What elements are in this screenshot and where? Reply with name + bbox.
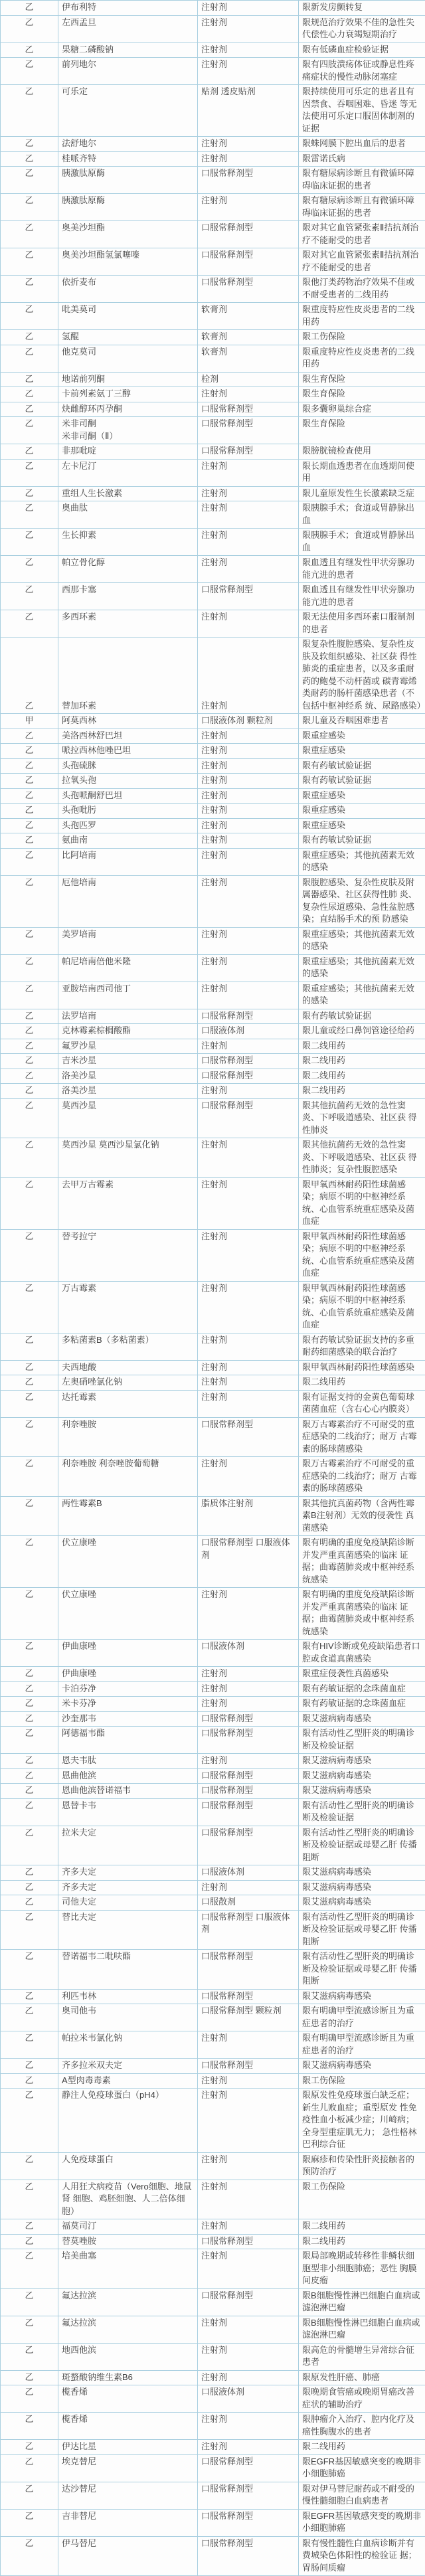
note-cell: 限原发性免疫球蛋白缺乏症；新生儿败血症；重型原发 性免疫性血小板减少症；川崎病；…: [299, 2089, 425, 2153]
dosage-form-cell: 口服常释剂型: [198, 1727, 299, 1754]
note-cell: 限艾滋病病毒感染: [299, 1865, 425, 1881]
note-cell: 限重症感染；其他抗菌素无效的感染: [299, 982, 425, 1009]
drug-name-cell: 西那卡塞: [58, 583, 198, 610]
category-cell: 乙: [1, 1390, 58, 1417]
dosage-form-cell: 注射剂: [198, 151, 299, 167]
note-cell: 限重症感染: [299, 804, 425, 819]
note-cell: 限麻疹和传染性肝炎接触者的预防治疗: [299, 2152, 425, 2180]
note-cell: 限生育保险: [299, 372, 425, 387]
drug-name-cell: 阿莫西林: [58, 714, 198, 729]
note-cell: 限有药敏试验证据: [299, 833, 425, 849]
note-cell: 限儿童或经口鼻饲管途径给药: [299, 1024, 425, 1039]
note-cell: 限血透且有继发性甲状旁腺功能亢进的患者: [299, 556, 425, 583]
drug-name-cell: 榄香烯: [58, 2385, 198, 2413]
category-cell: 乙: [1, 927, 58, 954]
category-cell: 乙: [1, 1177, 58, 1229]
drug-name-cell: 去甲万古霉素: [58, 1177, 198, 1229]
dosage-form-cell: 注射剂: [198, 43, 299, 58]
dosage-form-cell: 口服散剂: [198, 1895, 299, 1911]
table-row: 乙桂哌齐特注射剂限雷诺氏病: [1, 151, 425, 167]
category-cell: 乙: [1, 194, 58, 221]
table-row: 乙地西他滨注射剂限高危的骨髓增生异常综合征患者: [1, 2343, 425, 2370]
dosage-form-cell: 注射剂: [198, 58, 299, 85]
table-row: 乙替考拉宁注射剂限甲氧西林耐药阳性球菌感染；病原不明的中枢神经系统、心血管系统重…: [1, 1229, 425, 1281]
note-cell: 限艾滋病病毒感染: [299, 1711, 425, 1727]
drug-name-cell: 莫西沙星 莫西沙星氯化钠: [58, 1138, 198, 1178]
note-cell: 限有HIV诊断或免疫缺陷患者口腔或食道真菌感染: [299, 1640, 425, 1667]
note-cell: 限工伤保险: [299, 330, 425, 345]
note-cell: 限对其它血管紧张素Ⅱ拮抗剂治疗不能耐受的患者: [299, 248, 425, 276]
note-cell: 限重度特应性皮炎患者的二线用药: [299, 303, 425, 330]
note-cell: 限重症感染；其他抗菌素无效的感染: [299, 927, 425, 954]
table-row: 乙美洛西林舒巴坦注射剂限重症感染: [1, 729, 425, 744]
table-row: 乙福莫司汀注射剂限二线用药: [1, 2219, 425, 2235]
category-cell: 乙: [1, 1457, 58, 1497]
drug-name-cell: 重组人生长激素: [58, 486, 198, 501]
table-row: 乙洛美沙星口服常释剂型限二线用药: [1, 1069, 425, 1084]
table-row: 乙奥司他韦口服常释剂型 颗粒剂限有明确甲型流感诊断且为重症患者的治疗: [1, 2004, 425, 2031]
drug-name-cell: 炔雌醇环丙孕酮: [58, 402, 198, 417]
category-cell: 乙: [1, 1039, 58, 1054]
category-cell: 乙: [1, 417, 58, 444]
note-cell: 限有证据支持的金黄色葡萄球菌菌血症（含右心心内膜炎）: [299, 1390, 425, 1417]
category-cell: 乙: [1, 1697, 58, 1712]
category-cell: 乙: [1, 2509, 58, 2536]
category-cell: 乙: [1, 2180, 58, 2219]
dosage-form-cell: 注射剂: [198, 529, 299, 556]
dosage-form-cell: 注射剂: [198, 982, 299, 1009]
category-cell: 乙: [1, 1681, 58, 1697]
drug-name-cell: 阿德福韦酯: [58, 1727, 198, 1754]
table-row: 乙恩替卡韦口服常释剂型限有活动性乙型肝炎的明确诊断及检验证据: [1, 1798, 425, 1826]
drug-name-cell: 左奥硝唑氯化钠: [58, 1375, 198, 1391]
table-row: 乙人免疫球蛋白注射剂限麻疹和传染性肝炎接触者的预防治疗: [1, 2152, 425, 2180]
category-cell: 乙: [1, 2089, 58, 2153]
dosage-form-cell: 注射剂: [198, 927, 299, 954]
drug-name-cell: 奥曲肽: [58, 501, 198, 529]
note-cell: 限腹腔感染、复杂性皮肤及附属器感染、社区获得性肺 炎、复杂性尿道感染、急性盆腔感…: [299, 875, 425, 927]
dosage-form-cell: 口服常释剂型: [198, 1768, 299, 1784]
category-cell: 乙: [1, 1069, 58, 1084]
note-cell: 限有明确的重度免疫缺陷诊断并发严重真菌感染的临床 证据；曲霉菌肺炎或中枢神经系统…: [299, 1588, 425, 1640]
drug-name-cell: 头孢哌酮舒巴坦: [58, 788, 198, 804]
table-row: 乙人用狂犬病疫苗（Vero细胞、地鼠肾 细胞、鸡胚细胞、人二倍体细胞）注射剂限工…: [1, 2180, 425, 2219]
category-cell: 乙: [1, 1229, 58, 1281]
dosage-form-cell: 口服液体剂: [198, 1024, 299, 1039]
table-row: 乙替加环素注射剂限复杂性腹腔感染、复杂性皮肤及软组织感染、社区获 得性肺炎的重症…: [1, 638, 425, 714]
table-row: 乙氟达拉滨口服常释剂型限B细胞慢性淋巴细胞白血病或滤泡淋巴瘤: [1, 2288, 425, 2316]
drug-name-cell: 替莫唑胺: [58, 2234, 198, 2249]
table-row: 乙生长抑素注射剂限胰腺手术；食道或胃静脉出血: [1, 529, 425, 556]
note-cell: 限二线用药: [299, 1039, 425, 1054]
table-row: 乙奥美沙坦酯氢氯噻嗪口服常释剂型限对其它血管紧张素Ⅱ拮抗剂治疗不能耐受的患者: [1, 248, 425, 276]
note-cell: 限生育保险: [299, 387, 425, 402]
table-row: 乙齐多拉米双夫定口服常释剂型限艾滋病病毒感染: [1, 2059, 425, 2074]
note-cell: 限局部晚期或转移性非鳞状细胞型非小细胞肺癌；恶性 胸膜间皮瘤: [299, 2249, 425, 2289]
dosage-form-cell: 口服液体剂: [198, 1865, 299, 1881]
drug-name-cell: 多西环素: [58, 610, 198, 638]
drug-name-cell: 恩曲他滨替诺福韦: [58, 1784, 198, 1799]
drug-name-cell: 司他夫定: [58, 1895, 198, 1911]
drug-name-cell: 克林霉素棕榈酸酯: [58, 1024, 198, 1039]
table-row: 乙去甲万古霉素注射剂限甲氧西林耐药阳性球菌感染；病原不明的中枢神经系统、心血管系…: [1, 1177, 425, 1229]
drug-name-cell: 洛美沙星: [58, 1069, 198, 1084]
table-row: 乙克林霉素棕榈酸酯口服液体剂限儿童或经口鼻饲管途径给药: [1, 1024, 425, 1039]
table-row: 乙多西环素注射剂限无法使用多西环素口服制剂的患者: [1, 610, 425, 638]
dosage-form-cell: 口服常释剂型: [198, 1989, 299, 2004]
note-cell: 限重症侵袭性真菌感染: [299, 1667, 425, 1682]
dosage-form-cell: 注射剂: [198, 387, 299, 402]
dosage-form-cell: 注射剂: [198, 1138, 299, 1178]
category-cell: 乙: [1, 2440, 58, 2455]
category-cell: 乙: [1, 1910, 58, 1950]
table-row: 乙司他夫定口服散剂限艾滋病病毒感染: [1, 1895, 425, 1911]
category-cell: 乙: [1, 744, 58, 759]
drug-name-cell: 左西孟旦: [58, 15, 198, 43]
dosage-form-cell: 口服常释剂型: [198, 1711, 299, 1727]
table-row: 乙氟达拉滨注射剂限B细胞慢性淋巴细胞白血病或滤泡淋巴瘤: [1, 2316, 425, 2343]
table-row: 乙榄香烯注射剂限肿瘤介入治疗、腔内化疗及癌性胸腹水的患者: [1, 2413, 425, 2440]
table-row: 乙恩曲他滨替诺福韦口服常释剂型限艾滋病病毒感染: [1, 1784, 425, 1799]
category-cell: 乙: [1, 1281, 58, 1333]
category-cell: 乙: [1, 1865, 58, 1881]
dosage-form-cell: 注射剂: [198, 1457, 299, 1497]
category-cell: 乙: [1, 638, 58, 714]
table-row: 乙两性霉素B脂质体注射剂限其他抗真菌药物（含两性霉素B注射剂）无效的侵袭性 真菌…: [1, 1496, 425, 1536]
table-row: 乙沙奎那韦口服常释剂型限艾滋病病毒感染: [1, 1711, 425, 1727]
dosage-form-cell: 注射剂: [198, 1, 299, 16]
category-cell: 乙: [1, 58, 58, 85]
dosage-form-cell: 注射剂: [198, 459, 299, 486]
category-cell: 乙: [1, 848, 58, 875]
category-cell: 乙: [1, 1588, 58, 1640]
drug-name-cell: 奥司他韦: [58, 2004, 198, 2031]
drug-name-cell: 前列地尔: [58, 58, 198, 85]
note-cell: 限有低磷血症检验证据: [299, 43, 425, 58]
note-cell: 限甲氧西林耐药阳性球菌感染；病原不明的中枢神经系统、心血管系统重症感染及菌血症: [299, 1281, 425, 1333]
dosage-form-cell: 口服常释剂型: [198, 1417, 299, 1457]
dosage-form-cell: 注射剂: [198, 1229, 299, 1281]
table-row: 乙帕拉米韦氯化钠注射剂限有明确甲型流感诊断且为重症患者的治疗: [1, 2031, 425, 2059]
category-cell: 乙: [1, 774, 58, 789]
dosage-form-cell: 注射剂: [198, 1360, 299, 1375]
table-row: 乙地诺前列酮栓剂限生育保险: [1, 372, 425, 387]
drug-name-cell: 利奈唑胺 利奈唑胺葡萄糖: [58, 1457, 198, 1497]
dosage-form-cell: 口服液体剂: [198, 1640, 299, 1667]
category-cell: 乙: [1, 1084, 58, 1099]
note-cell: 限万古霉素治疗不可耐受的重症感染的二线治疗；耐万 古霉素的肠球菌感染: [299, 1457, 425, 1497]
table-row: 乙果糖二磷酸钠注射剂限有低磷血症检验证据: [1, 43, 425, 58]
table-row: 乙前列地尔注射剂限有四肢溃疡体征或静息性疼痛症状的慢性动脉闭塞症: [1, 58, 425, 85]
drug-name-cell: 卡泊芬净: [58, 1681, 198, 1697]
dosage-form-cell: 注射剂: [198, 1588, 299, 1640]
note-cell: 限二线用药: [299, 1084, 425, 1099]
category-cell: 乙: [1, 583, 58, 610]
table-row: 乙榄香烯口服液体剂限晚期食管癌或晚期胃癌改善症状的辅助治疗: [1, 2385, 425, 2413]
drug-name-cell: 生长抑素: [58, 529, 198, 556]
note-cell: 限有糖尿病诊断且有微循环障碍临床证据的患者: [299, 167, 425, 194]
category-cell: 乙: [1, 1640, 58, 1667]
category-cell: 乙: [1, 804, 58, 819]
drug-name-cell: 榄香烯: [58, 2413, 198, 2440]
category-cell: 乙: [1, 330, 58, 345]
dosage-form-cell: 注射剂: [198, 610, 299, 638]
category-cell: 乙: [1, 2152, 58, 2180]
table-row: 乙替莫唑胺口服常释剂型限二线用药: [1, 2234, 425, 2249]
category-cell: 乙: [1, 1754, 58, 1769]
table-row: 乙头孢匹罗注射剂限重症感染: [1, 818, 425, 833]
category-cell: 乙: [1, 2370, 58, 2385]
drug-name-cell: 齐多夫定: [58, 1865, 198, 1881]
category-cell: 乙: [1, 2316, 58, 2343]
drug-name-cell: 拉氧头孢: [58, 774, 198, 789]
category-cell: 乙: [1, 529, 58, 556]
table-row: 乙比阿培南注射剂限重症感染；其他抗菌素无效的感染: [1, 848, 425, 875]
drug-name-cell: 胰激肽原酶: [58, 167, 198, 194]
dosage-form-cell: 注射剂: [198, 194, 299, 221]
dosage-form-cell: 注射剂: [198, 137, 299, 152]
category-cell: 乙: [1, 2482, 58, 2509]
dosage-form-cell: 口服常释剂型: [198, 2509, 299, 2536]
dosage-form-cell: 注射剂: [198, 833, 299, 849]
note-cell: 限有明确甲型流感诊断且为重症患者的治疗: [299, 2004, 425, 2031]
note-cell: 限艾滋病病毒感染: [299, 1754, 425, 1769]
dosage-form-cell: 注射剂: [198, 1681, 299, 1697]
category-cell: 乙: [1, 2413, 58, 2440]
category-cell: 乙: [1, 2073, 58, 2089]
dosage-form-cell: 软膏剂: [198, 330, 299, 345]
drug-name-cell: 斑蝥酸钠维生素B6: [58, 2370, 198, 2385]
dosage-form-cell: 注射剂: [198, 2152, 299, 2180]
note-cell: 限有活动性乙型肝炎的明确诊断及检验证据: [299, 1727, 425, 1754]
drug-name-cell: 氟罗沙星: [58, 1039, 198, 1054]
note-cell: 限重症感染: [299, 818, 425, 833]
dosage-form-cell: 注射剂: [198, 1084, 299, 1099]
table-row: 乙恩曲他滨口服常释剂型限艾滋病病毒感染: [1, 1768, 425, 1784]
drug-name-cell: 夫西地酸: [58, 1360, 198, 1375]
category-cell: 乙: [1, 818, 58, 833]
dosage-form-cell: 注射剂: [198, 1667, 299, 1682]
table-row: 乙可乐定贴剂 透皮贴剂限持续使用可乐定的患者且有因禁食、吞咽困难、昏迷 等无法使…: [1, 85, 425, 137]
table-row: 乙卡前列素氨丁三醇注射剂限生育保险: [1, 387, 425, 402]
note-cell: 限儿童及吞咽困难患者: [299, 714, 425, 729]
drug-name-cell: 左卡尼汀: [58, 459, 198, 486]
dosage-form-cell: 口服常释剂型: [198, 167, 299, 194]
table-row: 乙吉米沙星口服常释剂型限二线用药: [1, 1054, 425, 1069]
note-cell: 限二线用药: [299, 1054, 425, 1069]
table-row: 乙奥曲肽注射剂限胰腺手术；食道或胃静脉出血: [1, 501, 425, 529]
drug-name-cell: 氟达拉滨: [58, 2288, 198, 2316]
drug-name-cell: 吉米沙星: [58, 1054, 198, 1069]
dosage-form-cell: 注射剂: [198, 1039, 299, 1054]
note-cell: 限重度特应性皮炎患者的二线用药: [299, 345, 425, 372]
category-cell: 乙: [1, 167, 58, 194]
drug-name-cell: 静注人免疫球蛋白（pH4）: [58, 2089, 198, 2153]
drug-name-cell: 亚胺培南西司他丁: [58, 982, 198, 1009]
dosage-form-cell: 注射剂: [198, 1333, 299, 1360]
drug-name-cell: 替诺福韦二吡呋酯: [58, 1950, 198, 1990]
dosage-form-cell: 注射剂: [198, 774, 299, 789]
note-cell: 限血透且有继发性甲状旁腺功能亢进的患者: [299, 583, 425, 610]
dosage-form-cell: 注射剂: [198, 2413, 299, 2440]
table-row: 乙左卡尼汀注射剂限长期血透患者在血透期间使用: [1, 459, 425, 486]
note-cell: 限工伤保险: [299, 2180, 425, 2219]
drug-name-cell: 果糖二磷酸钠: [58, 43, 198, 58]
category-cell: 乙: [1, 1138, 58, 1178]
category-cell: 乙: [1, 758, 58, 774]
note-cell: 限其他抗菌药无效的急性窦炎、下呼吸道感染、社区获 得性肺炎: [299, 1098, 425, 1138]
category-cell: 乙: [1, 1333, 58, 1360]
table-row: 乙依折麦布口服常释剂型限他汀类药物治疗效果不佳或不耐受患者的二线用药: [1, 276, 425, 303]
category-cell: 乙: [1, 2031, 58, 2059]
table-row: 乙伊曲康唑注射剂限重症侵袭性真菌感染: [1, 1667, 425, 1682]
table-row: 乙氨曲南注射剂限有药敏试验证据: [1, 833, 425, 849]
dosage-form-cell: 脂质体注射剂: [198, 1496, 299, 1536]
table-row: 乙莫西沙星口服常释剂型限其他抗菌药无效的急性窦炎、下呼吸道感染、社区获 得性肺炎: [1, 1098, 425, 1138]
table-row: 乙奥美沙坦酯口服常释剂型限对其它血管紧张素Ⅱ拮抗剂治疗不能耐受的患者: [1, 221, 425, 248]
note-cell: 限艾滋病病毒感染: [299, 1895, 425, 1911]
drug-name-cell: 利匹韦林: [58, 1989, 198, 2004]
drug-name-cell: 万古霉素: [58, 1281, 198, 1333]
category-cell: 乙: [1, 221, 58, 248]
note-cell: 限长期血透患者在血透期间使用: [299, 459, 425, 486]
dosage-form-cell: 口服常释剂型: [198, 2454, 299, 2482]
category-cell: 乙: [1, 2004, 58, 2031]
dosage-form-cell: 注射剂: [198, 486, 299, 501]
note-cell: 限有慢性髓性白血病诊断并有费城染色体阳性的检验证 据；胃肠间质瘤: [299, 2536, 425, 2576]
note-cell: 限多囊卵巢综合症: [299, 402, 425, 417]
table-row: 乙氟罗沙星注射剂限二线用药: [1, 1039, 425, 1054]
drug-name-cell: 依折麦布: [58, 276, 198, 303]
table-row: 乙头孢吡肟注射剂限重症感染: [1, 804, 425, 819]
dosage-form-cell: 注射剂: [198, 2180, 299, 2219]
drug-name-cell: 桂哌齐特: [58, 151, 198, 167]
table-row: 甲阿莫西林口服液体剂 颗粒剂限儿童及吞咽困难患者: [1, 714, 425, 729]
dosage-form-cell: 注射剂: [198, 1375, 299, 1391]
dosage-form-cell: 注射剂: [198, 1281, 299, 1333]
table-row: 乙西那卡塞口服常释剂型限血透且有继发性甲状旁腺功能亢进的患者: [1, 583, 425, 610]
category-cell: 乙: [1, 875, 58, 927]
drug-name-cell: 恩替卡韦: [58, 1798, 198, 1826]
dosage-form-cell: 栓剂: [198, 372, 299, 387]
category-cell: 乙: [1, 1826, 58, 1865]
category-cell: 乙: [1, 444, 58, 460]
table-row: 乙伊布利特注射剂限新发房颤转复: [1, 1, 425, 16]
drug-name-cell: 伊马替尼: [58, 2536, 198, 2576]
drug-name-cell: 地西他滨: [58, 2343, 198, 2370]
note-cell: 限持续使用可乐定的患者且有因禁食、吞咽困难、昏迷 等无法使用可乐定口服固体制剂的…: [299, 85, 425, 137]
drug-name-cell: 卡前列素氨丁三醇: [58, 387, 198, 402]
category-cell: 甲: [1, 714, 58, 729]
table-row: 乙达托霉素注射剂限有证据支持的金黄色葡萄球菌菌血症（含右心心内膜炎）: [1, 1390, 425, 1417]
drug-name-cell: 比阿培南: [58, 848, 198, 875]
note-cell: 限EGFR基因敏感突变的晚期非小细胞肺癌: [299, 2454, 425, 2482]
drug-name-cell: 地诺前列酮: [58, 372, 198, 387]
table-row: 乙利奈唑胺口服常释剂型限万古霉素治疗不可耐受的重症感染的二线治疗；耐万 古霉素的…: [1, 1417, 425, 1457]
category-cell: 乙: [1, 387, 58, 402]
category-cell: 乙: [1, 1009, 58, 1024]
drug-name-cell: 帕尼培南倍他米隆: [58, 954, 198, 982]
drug-name-cell: 齐多夫定: [58, 1880, 198, 1895]
category-cell: 乙: [1, 2454, 58, 2482]
note-cell: 限规范治疗效果不佳的急性失代偿性心力衰竭短期治疗: [299, 15, 425, 43]
drug-name-cell: 法舒地尔: [58, 137, 198, 152]
dosage-form-cell: 注射剂: [198, 788, 299, 804]
note-cell: 限晚期食管癌或晚期胃癌改善症状的辅助治疗: [299, 2385, 425, 2413]
drug-name-cell: 米卡芬净: [58, 1697, 198, 1712]
table-row: 乙替比夫定口服常释剂型 口服液体剂限有活动性乙型肝炎的明确诊断及检验证据或母婴乙…: [1, 1910, 425, 1950]
note-cell: 限对其它血管紧张素Ⅱ拮抗剂治疗不能耐受的患者: [299, 221, 425, 248]
dosage-form-cell: 口服常释剂型: [198, 444, 299, 460]
table-row: 乙法舒地尔注射剂限蛛网膜下腔出血后的患者: [1, 137, 425, 152]
category-cell: 乙: [1, 2249, 58, 2289]
dosage-form-cell: 注射剂: [198, 2219, 299, 2235]
table-row: 乙吉非替尼口服常释剂型限EGFR基因敏感突变的晚期非小细胞肺癌: [1, 2509, 425, 2536]
note-cell: 限生育保险: [299, 417, 425, 444]
dosage-form-cell: 注射剂: [198, 848, 299, 875]
table-row: 乙伏立康唑口服常释剂型 口服液体剂限有明确的重度免疫缺陷诊断并发严重真菌感染的临…: [1, 1536, 425, 1588]
table-row: 乙吡美莫司软膏剂限重度特应性皮炎患者的二线用药: [1, 303, 425, 330]
drug-name-cell: 氟达拉滨: [58, 2316, 198, 2343]
table-row: 乙静注人免疫球蛋白（pH4）注射剂限原发性免疫球蛋白缺乏症；新生儿败血症；重型原…: [1, 2089, 425, 2153]
drug-name-cell: 伏立康唑: [58, 1588, 198, 1640]
category-cell: 乙: [1, 788, 58, 804]
note-cell: 限其他抗真菌药物（含两性霉素B注射剂）无效的侵袭性 真菌感染: [299, 1496, 425, 1536]
note-cell: 限有药敏试验证据支持的多重耐药细菌感染的联合治疗: [299, 1333, 425, 1360]
dosage-form-cell: 口服常释剂型: [198, 2482, 299, 2509]
note-cell: 限艾滋病病毒感染: [299, 1880, 425, 1895]
note-cell: 限B细胞慢性淋巴细胞白血病或滤泡淋巴瘤: [299, 2288, 425, 2316]
drug-name-cell: 多粘菌素B（多粘菌素）: [58, 1333, 198, 1360]
dosage-form-cell: 注射剂: [198, 758, 299, 774]
note-cell: 限甲氧西林耐药阳性球菌感染；病原不明的中枢神经系统、心血管系统重症感染及菌血症: [299, 1229, 425, 1281]
category-cell: 乙: [1, 954, 58, 982]
table-row: 乙伏立康唑注射剂限有明确的重度免疫缺陷诊断并发严重真菌感染的临床 证据；曲霉菌肺…: [1, 1588, 425, 1640]
dosage-form-cell: 注射剂: [198, 804, 299, 819]
category-cell: 乙: [1, 345, 58, 372]
note-cell: 限胰腺手术；食道或胃静脉出血: [299, 501, 425, 529]
dosage-form-cell: 注射剂: [198, 1697, 299, 1712]
table-row: 乙多粘菌素B（多粘菌素）注射剂限有药敏试验证据支持的多重耐药细菌感染的联合治疗: [1, 1333, 425, 1360]
note-cell: 限艾滋病病毒感染: [299, 2059, 425, 2074]
category-cell: 乙: [1, 1496, 58, 1536]
category-cell: 乙: [1, 151, 58, 167]
dosage-form-cell: 软膏剂: [198, 303, 299, 330]
table-row: 乙帕立骨化醇注射剂限血透且有继发性甲状旁腺功能亢进的患者: [1, 556, 425, 583]
dosage-form-cell: 口服常释剂型: [198, 2288, 299, 2316]
note-cell: 限二线用药: [299, 2234, 425, 2249]
note-cell: 限复杂性腹腔感染、复杂性皮肤及软组织感染、社区获 得性肺炎的重症患者，以及多重耐…: [299, 638, 425, 714]
note-cell: 限有活动性乙型肝炎的明确诊断及检验证据或母婴乙肝 传播阻断: [299, 1826, 425, 1865]
dosage-form-cell: 注射剂: [198, 638, 299, 714]
drug-name-cell: 洛美沙星: [58, 1084, 198, 1099]
note-cell: 限他汀类药物治疗效果不佳或不耐受患者的二线用药: [299, 276, 425, 303]
note-cell: 限高危的骨髓增生异常综合征患者: [299, 2343, 425, 2370]
table-row: 乙替诺福韦二吡呋酯口服常释剂型限有活动性乙型肝炎的明确诊断及检验证据或母婴乙肝 …: [1, 1950, 425, 1990]
category-cell: 乙: [1, 1727, 58, 1754]
note-cell: 限艾滋病病毒感染: [299, 1768, 425, 1784]
category-cell: 乙: [1, 1895, 58, 1911]
note-cell: 限胰腺手术；食道或胃静脉出血: [299, 529, 425, 556]
category-cell: 乙: [1, 610, 58, 638]
category-cell: 乙: [1, 1784, 58, 1799]
table-row: 乙达沙替尼口服常释剂型限对伊马替尼耐药或不耐受的慢性髓细胞白血病患者: [1, 2482, 425, 2509]
dosage-form-cell: 口服常释剂型 口服液体剂: [198, 1910, 299, 1950]
table-row: 乙哌拉西林他唑巴坦注射剂限重症感染: [1, 744, 425, 759]
dosage-form-cell: 口服常释剂型: [198, 402, 299, 417]
drug-name-cell: 伊曲康唑: [58, 1640, 198, 1667]
dosage-form-cell: 口服常释剂型: [198, 1098, 299, 1138]
